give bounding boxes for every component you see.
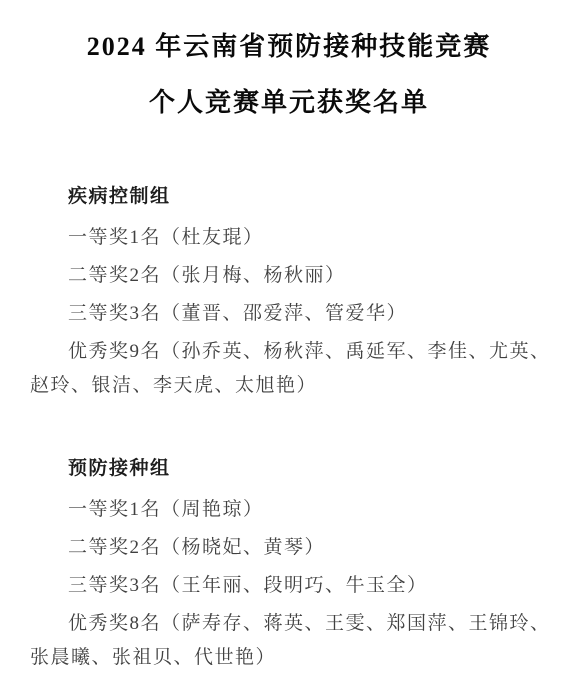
section-heading-disease-control: 疾病控制组 xyxy=(30,180,552,214)
award-line-excellence-prize: 优秀奖8名（萨寿存、蒋英、王雯、郑国萍、王锦玲、张晨曦、张祖贝、代世艳） xyxy=(30,607,552,675)
document-title-line1: 2024 年云南省预防接种技能竞赛 xyxy=(0,30,578,64)
document-title-line2: 个人竞赛单元获奖名单 xyxy=(0,86,578,120)
section-disease-control: 疾病控制组 一等奖1名（杜友琨） 二等奖2名（张月梅、杨秋丽） 三等奖3名（董晋… xyxy=(30,180,552,403)
award-line-third-prize: 三等奖3名（王年丽、段明巧、牛玉全） xyxy=(30,569,552,603)
award-line-first-prize: 一等奖1名（杜友琨） xyxy=(30,221,552,255)
award-line-third-prize: 三等奖3名（董晋、邵爱萍、管爱华） xyxy=(30,297,552,331)
document-page: 2024 年云南省预防接种技能竞赛 个人竞赛单元获奖名单 疾病控制组 一等奖1名… xyxy=(0,0,578,700)
document-body: 疾病控制组 一等奖1名（杜友琨） 二等奖2名（张月梅、杨秋丽） 三等奖3名（董晋… xyxy=(30,180,552,675)
award-line-excellence-prize: 优秀奖9名（孙乔英、杨秋萍、禹延军、李佳、尤英、赵玲、银洁、李天虎、太旭艳） xyxy=(30,335,552,403)
award-line-first-prize: 一等奖1名（周艳琼） xyxy=(30,493,552,527)
award-line-second-prize: 二等奖2名（杨晓妃、黄琴） xyxy=(30,531,552,565)
award-line-second-prize: 二等奖2名（张月梅、杨秋丽） xyxy=(30,259,552,293)
section-heading-vaccination: 预防接种组 xyxy=(30,452,552,486)
section-vaccination: 预防接种组 一等奖1名（周艳琼） 二等奖2名（杨晓妃、黄琴） 三等奖3名（王年丽… xyxy=(30,452,552,675)
